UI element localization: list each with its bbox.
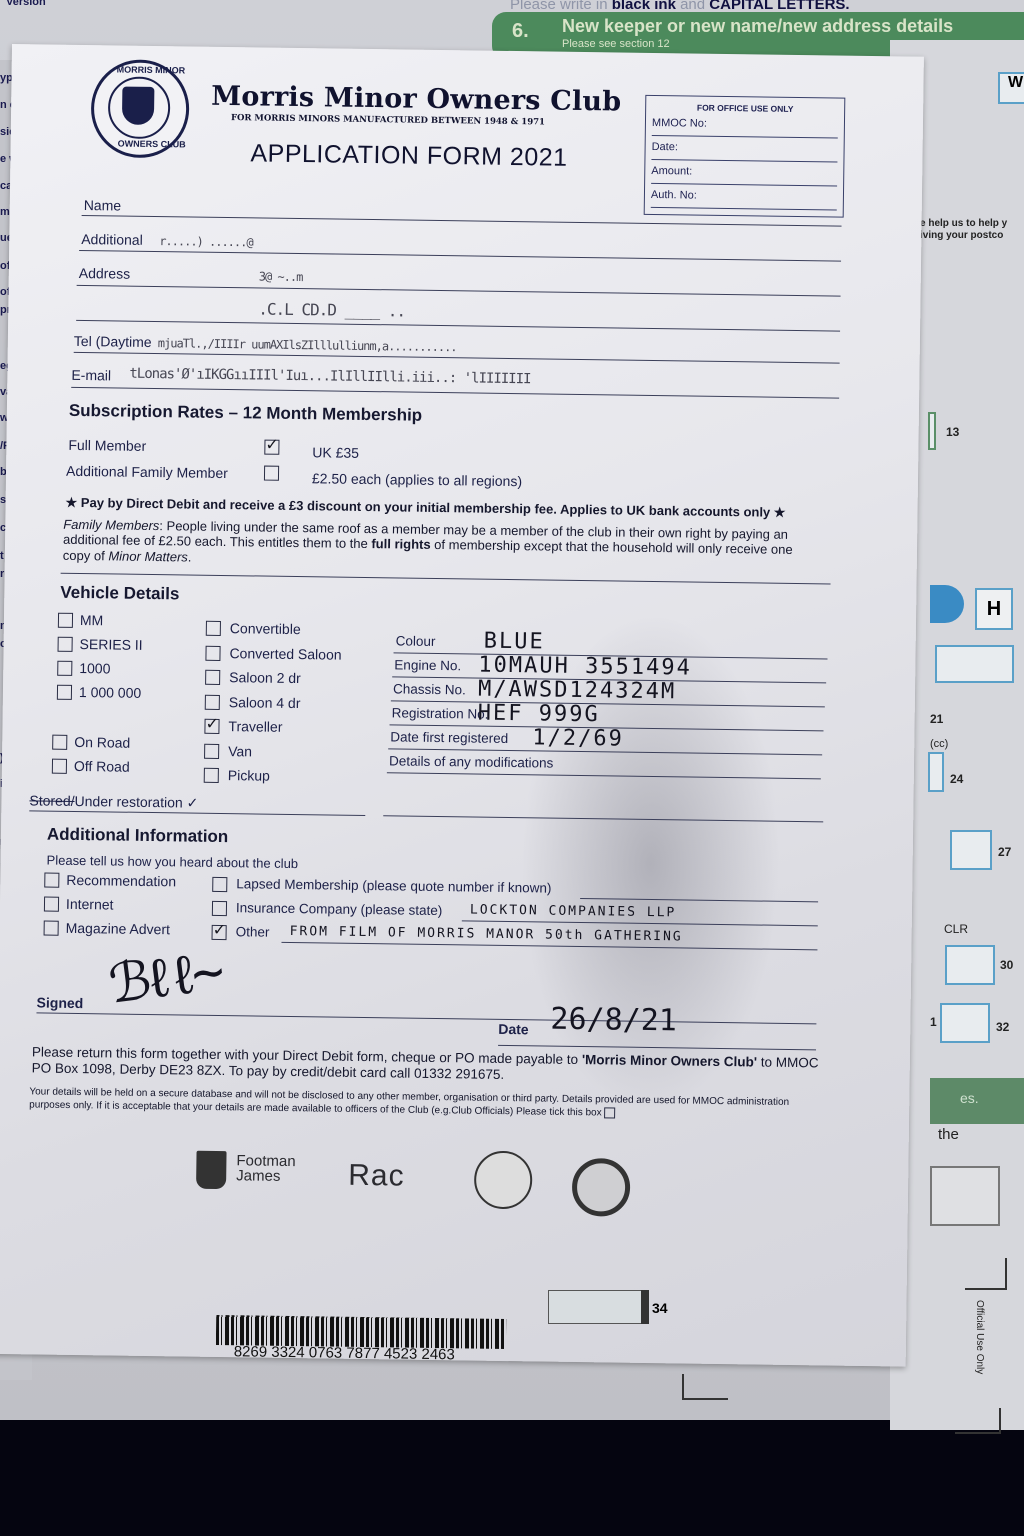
background-green-bottom: es. <box>930 1078 1024 1124</box>
privacy-consent-checkbox[interactable] <box>604 1107 615 1118</box>
source-magazine-advert-label: Magazine Advert <box>66 920 171 937</box>
model-series-ii-label: SERIES II <box>80 636 143 653</box>
body-traveller-label: Traveller <box>228 718 282 735</box>
footman-james-logo-icon <box>196 1151 227 1189</box>
source-other-label: Other <box>236 924 270 939</box>
tel-label: Tel (Daytime <box>74 333 152 350</box>
background-the-text: the <box>938 1126 959 1143</box>
model-1-000-000-checkbox[interactable] <box>57 685 72 700</box>
background-help-text-2: iving your postco <box>920 230 1003 241</box>
field-30-label: 30 <box>1000 958 1013 972</box>
footman-james-name: FootmanJames <box>236 1153 296 1184</box>
background-box-13 <box>928 412 936 450</box>
source-magazine-advert-checkbox[interactable] <box>44 921 59 936</box>
field-13-label: 13 <box>946 425 959 439</box>
office-field-mmoc[interactable]: MMOC No: <box>652 117 838 139</box>
morris-register-logo-icon <box>474 1151 533 1210</box>
full-member-label: Full Member <box>68 437 146 454</box>
signed-label: Signed <box>37 994 84 1011</box>
field-27-label: 27 <box>998 845 1011 859</box>
background-box-27 <box>950 830 992 870</box>
model-mm-checkbox[interactable] <box>58 613 73 628</box>
vehicle-heading: Vehicle Details <box>60 583 179 605</box>
body-saloon-4-dr-label: Saloon 4 dr <box>229 694 301 711</box>
background-box-34 <box>548 1290 642 1324</box>
body-convertible-label: Convertible <box>230 620 301 637</box>
status-on-road-label: On Road <box>74 734 130 751</box>
club-logo: MORRIS MINOR OWNERS CLUB <box>90 59 189 158</box>
logo-bottom-text: OWNERS CLUB <box>118 138 186 149</box>
source-recommendation-label: Recommendation <box>66 872 176 890</box>
source-insurance-company-checkbox[interactable] <box>212 901 227 916</box>
model-1000-label: 1000 <box>79 660 110 676</box>
background-empty-box <box>930 1166 1000 1226</box>
address-field-1[interactable] <box>77 285 841 297</box>
source-insurance-company-value[interactable]: LOCKTON COMPANIES LLP <box>470 902 677 920</box>
body-saloon-4-dr-checkbox[interactable] <box>205 694 220 709</box>
name-label: Name <box>84 197 122 214</box>
body-saloon-2-dr-checkbox[interactable] <box>205 670 220 685</box>
date-label: Date <box>498 1021 529 1037</box>
email-value-redacted: tLonas'Ø'ıIKGGııIIIl'Iuı...IlIllIIlli.ii… <box>129 366 530 388</box>
additional-field[interactable] <box>79 250 841 262</box>
vehicle-field-colour-value[interactable]: BLUE <box>484 629 545 655</box>
model-mm-label: MM <box>80 612 104 628</box>
signature[interactable]: ℬℓℓ~ <box>105 940 220 1020</box>
field-clr-label: CLR <box>944 922 968 936</box>
full-member-checkbox[interactable] <box>264 440 279 455</box>
full-member-price: UK £35 <box>312 444 359 461</box>
model-1-000-000-label: 1 000 000 <box>79 684 142 701</box>
office-field-amount[interactable]: Amount: <box>651 165 837 187</box>
barcode-number: 8269 3324 0763 7877 4523 2463 <box>234 1343 455 1363</box>
source-lapsed-membership-checkbox[interactable] <box>212 877 227 892</box>
address-line1-redacted: 3@ ~..m <box>259 269 303 284</box>
field-34-label: 34 <box>652 1300 668 1316</box>
application-form: MORRIS MINOR OWNERS CLUB Morris Minor Ow… <box>0 44 924 1367</box>
field-cc-label: (cc) <box>930 738 948 750</box>
family-member-checkbox[interactable] <box>264 466 279 481</box>
direct-debit-note: ★ Pay by Direct Debit and receive a £3 d… <box>65 495 785 520</box>
heard-about-prompt: Please tell us how you heard about the c… <box>47 853 299 872</box>
logo-top-text: MORRIS MINOR <box>117 64 186 75</box>
family-member-price: £2.50 each (applies to all regions) <box>312 470 522 489</box>
source-insurance-company-label: Insurance Company (please state) <box>236 900 443 918</box>
status-off-road-checkbox[interactable] <box>52 759 67 774</box>
background-box-24 <box>928 752 944 792</box>
official-use-label: Official Use Only <box>974 1300 985 1374</box>
name-field[interactable] <box>82 215 842 227</box>
section-subtitle: Please see section 12 <box>562 38 670 50</box>
model-1000-checkbox[interactable] <box>57 661 72 676</box>
check-mark-icon[interactable]: ✓ <box>187 795 199 811</box>
source-lapsed-membership-label: Lapsed Membership (please quote number i… <box>236 876 551 895</box>
club-name: Morris Minor Owners Club <box>211 81 621 118</box>
additional-value-redacted: r.....) ......@ <box>159 234 253 249</box>
vehicle-field-chassis-no-label: Chassis No. <box>393 681 466 697</box>
vehicle-field-engine-no-label: Engine No. <box>394 657 461 673</box>
vehicle-field-registration-no-label: Registration No. <box>392 705 489 721</box>
stored-under-restoration-label: Stored/Under restoration ✓ <box>29 792 198 811</box>
body-pickup-label: Pickup <box>228 767 270 784</box>
additional-heading: Additional Information <box>47 825 229 848</box>
background-h-box: H <box>975 588 1013 630</box>
background-help-text-1: e help us to help y <box>920 218 1007 229</box>
section-title: New keeper or new name/new address detai… <box>562 16 953 37</box>
email-field[interactable] <box>71 387 839 399</box>
subscription-heading: Subscription Rates – 12 Month Membership <box>69 401 423 426</box>
body-van-label: Van <box>228 743 252 759</box>
body-saloon-2-dr-label: Saloon 2 dr <box>229 669 301 686</box>
field-21-label: 21 <box>930 712 943 726</box>
email-label: E-mail <box>71 367 111 384</box>
corner-mark <box>955 1408 1001 1434</box>
source-recommendation-checkbox[interactable] <box>44 873 59 888</box>
body-convertible-checkbox[interactable] <box>206 621 221 636</box>
background-box-w: W <box>998 72 1024 104</box>
office-use-box: FOR OFFICE USE ONLY MMOC No: Date: Amoun… <box>644 95 846 218</box>
corner-mark <box>965 1258 1007 1290</box>
vehicle-field-registration-no-value[interactable]: HEF 999G <box>478 701 600 728</box>
family-members-note: Family Members: People living under the … <box>63 517 824 574</box>
address-label: Address <box>79 265 131 282</box>
tel-field[interactable] <box>74 352 840 364</box>
family-member-label: Additional Family Member <box>66 463 228 481</box>
status-off-road-label: Off Road <box>74 758 130 775</box>
corner-mark <box>682 1374 728 1400</box>
field-24-label: 24 <box>950 772 963 786</box>
background-version-label: Version <box>6 0 46 8</box>
source-other-checkbox[interactable] <box>212 925 227 940</box>
body-converted-saloon-label: Converted Saloon <box>229 645 341 663</box>
date-value[interactable]: 26/8/21 <box>550 1002 677 1039</box>
body-converted-saloon-checkbox[interactable] <box>205 645 220 660</box>
tel-value-redacted: mjuaTl.,/IIIIr uumAXIlsZIlllulliunm,a...… <box>158 336 457 354</box>
shield-icon <box>122 87 155 125</box>
background-box-30 <box>945 945 995 985</box>
additional-label: Additional <box>81 231 143 248</box>
status-on-road-checkbox[interactable] <box>52 735 67 750</box>
heritage-society-logo-icon <box>572 1158 631 1217</box>
vehicle-field-date-first-registered-label: Date first registered <box>390 729 508 746</box>
rac-logo: Rac <box>348 1159 405 1194</box>
vehicle-field-date-first-registered-value[interactable]: 1/2/69 <box>532 725 624 751</box>
field-31-label: 1 <box>930 1015 937 1029</box>
section-number: 6. <box>512 20 529 43</box>
body-van-checkbox[interactable] <box>204 743 219 758</box>
form-title: APPLICATION FORM 2021 <box>250 139 567 172</box>
body-traveller-checkbox[interactable] <box>204 719 219 734</box>
address-line2-redacted: .C.L CD.D ____ .. <box>258 299 405 320</box>
address-field-2[interactable] <box>76 320 840 332</box>
field-32-label: 32 <box>996 1020 1009 1034</box>
vehicle-field-details-of-any-modifications-label: Details of any modifications <box>389 753 554 770</box>
body-pickup-checkbox[interactable] <box>204 768 219 783</box>
office-use-heading: FOR OFFICE USE ONLY <box>646 102 844 115</box>
source-internet-label: Internet <box>66 896 114 913</box>
background-box-32 <box>940 1003 990 1043</box>
background-box-22 <box>935 645 1014 683</box>
model-series-ii-checkbox[interactable] <box>58 637 73 652</box>
office-field-date[interactable]: Date: <box>651 141 837 163</box>
vehicle-field-colour-label: Colour <box>396 633 436 649</box>
source-internet-checkbox[interactable] <box>44 897 59 912</box>
divider <box>61 573 831 585</box>
office-field-auth[interactable]: Auth. No: <box>651 189 837 211</box>
